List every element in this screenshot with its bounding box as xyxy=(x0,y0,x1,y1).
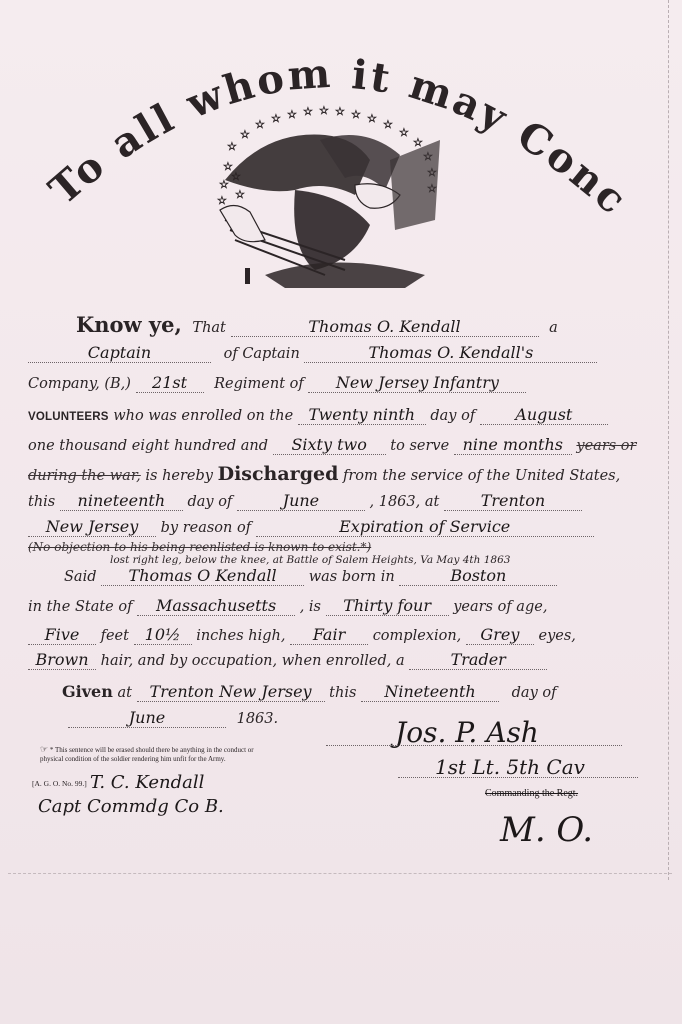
line-given: Given at Trenton New Jersey this Ninetee… xyxy=(28,682,628,706)
line-reason: New Jersey by reason of Expiration of Se… xyxy=(28,517,628,541)
to-serve-label: to serve xyxy=(390,438,449,454)
day-of-label-2: day of xyxy=(187,494,232,510)
soldier-name-field: Thomas O. Kendall xyxy=(231,317,539,337)
by-reason-label: by reason of xyxy=(161,520,251,536)
footnote-text: * This sentence will be erased should th… xyxy=(40,746,254,763)
state-label: in the State of xyxy=(28,599,132,615)
eyes-field: Grey xyxy=(466,625,534,645)
svg-text:☆: ☆ xyxy=(413,136,423,149)
reason-field: Expiration of Service xyxy=(256,517,594,537)
occupation-label: hair, and by occupation, when enrolled, … xyxy=(101,653,405,669)
of-captain-label: of Captain xyxy=(224,346,300,362)
given-label: Given xyxy=(62,682,113,701)
company-close: ,) xyxy=(121,376,131,392)
one-thousand-label: one thousand eight hundred and xyxy=(28,438,268,454)
svg-text:☆: ☆ xyxy=(227,140,237,153)
company-commander-title: Capt Commdg Co B. xyxy=(38,796,224,817)
given-place-field: Trenton New Jersey xyxy=(137,682,325,702)
discharge-day-field: nineteenth xyxy=(60,491,183,511)
svg-text:☆: ☆ xyxy=(319,104,329,117)
company-captain-field: Thomas O. Kendall's xyxy=(304,343,597,363)
birth-state-field: Massachusetts xyxy=(137,596,295,616)
given-at-label: at xyxy=(117,685,131,701)
years-label: years of age, xyxy=(453,599,547,615)
line-year: one thousand eight hundred and Sixty two… xyxy=(28,435,628,459)
svg-text:☆: ☆ xyxy=(367,112,377,125)
line-discharge-date: this nineteenth day of June , 1863, at T… xyxy=(28,491,628,515)
discharge-place-field: Trenton xyxy=(444,491,582,511)
svg-text:☆: ☆ xyxy=(335,105,345,118)
company-label: Company, ( xyxy=(28,376,110,392)
that-label: That xyxy=(192,320,225,336)
struck-war-text: during the war, xyxy=(28,468,141,484)
svg-text:☆: ☆ xyxy=(287,108,297,121)
given-year-text: 1863. xyxy=(237,711,279,727)
line-know-ye: Know ye, That Thomas O. Kendall a xyxy=(28,312,628,336)
height-feet-field: Five xyxy=(28,625,96,645)
eyes-label: eyes, xyxy=(539,628,576,644)
age-field: Thirty four xyxy=(326,596,449,616)
enrolled-month-field: August xyxy=(480,405,608,425)
day-of-label: day of xyxy=(430,408,475,424)
svg-text:☆: ☆ xyxy=(235,188,245,201)
said-label: Said xyxy=(64,569,97,585)
hereby-label: is hereby xyxy=(145,468,213,484)
svg-text:☆: ☆ xyxy=(217,194,227,207)
company-commander-signature: T. C. Kendall xyxy=(90,772,204,793)
line-occupation: Brown hair, and by occupation, when enro… xyxy=(28,650,628,674)
company-letter: B xyxy=(110,376,121,392)
complexion-field: Fair xyxy=(290,625,368,645)
a-label: a xyxy=(549,320,558,336)
complexion-label: complexion, xyxy=(373,628,462,644)
occupation-field: Trader xyxy=(409,650,547,670)
regiment-state-field: New Jersey Infantry xyxy=(308,373,526,393)
line-discharged: during the war, is hereby Discharged fro… xyxy=(28,463,628,487)
footnote: ☞ * This sentence will be erased should … xyxy=(40,745,260,764)
enrolled-year-field: Sixty two xyxy=(273,435,386,455)
this-label: this xyxy=(28,494,55,510)
signature-line xyxy=(326,745,622,746)
regiment-of-label: Regiment of xyxy=(214,376,304,392)
officer-initials: M. O. xyxy=(500,810,593,850)
line-said: Said Thomas O Kendall was born in Boston xyxy=(28,566,628,590)
hair-field: Brown xyxy=(28,650,96,670)
officer-title: 1st Lt. 5th Cav xyxy=(435,755,585,779)
svg-text:☆: ☆ xyxy=(351,108,361,121)
line-birth-state: in the State of Massachusetts , is Thirt… xyxy=(28,596,628,620)
is-label: , is xyxy=(300,599,321,615)
given-this-label: this xyxy=(329,685,356,701)
struck-term-text: years or xyxy=(576,438,636,454)
feet-label: feet xyxy=(101,628,129,644)
line-company: Company, (B,) 21st Regiment of New Jerse… xyxy=(28,373,628,397)
service-label: from the service of the United States, xyxy=(343,468,620,484)
given-day-of-label: day of xyxy=(512,685,557,701)
term-field: nine months xyxy=(454,435,572,455)
title-line xyxy=(398,777,638,778)
discharge-state-field: New Jersey xyxy=(28,517,156,537)
said-name-field: Thomas O Kendall xyxy=(101,566,304,586)
discharged-heading: Discharged xyxy=(218,463,339,485)
birthplace-field: Boston xyxy=(399,566,557,586)
struck-reenlist-sentence: (No objection to his being reenlisted is… xyxy=(28,540,371,554)
pointing-hand-icon: ☞ xyxy=(40,744,48,754)
svg-text:☆: ☆ xyxy=(303,105,313,118)
inches-label: inches high, xyxy=(196,628,285,644)
enrolled-day-field: Twenty ninth xyxy=(298,405,426,425)
injury-annotation: lost right leg, below the knee, at Battl… xyxy=(110,554,510,566)
height-inches-field: 10½ xyxy=(134,625,192,645)
svg-text:☆: ☆ xyxy=(271,112,281,125)
rank-field: Captain xyxy=(28,343,211,363)
know-ye-label: Know ye, xyxy=(76,312,182,337)
struck-commanding-title: Commanding the Regt. xyxy=(485,788,578,799)
given-month-field: June xyxy=(68,708,226,728)
discharge-month-field: June xyxy=(237,491,365,511)
svg-text:☆: ☆ xyxy=(399,126,409,139)
svg-text:☆: ☆ xyxy=(255,118,265,131)
discharge-year-text: , 1863, at xyxy=(370,494,440,510)
form-number: [A. G. O. No. 99.] xyxy=(32,779,87,788)
enrolled-label: who was enrolled on the xyxy=(113,408,293,424)
eagle-with-stars-and-flags-icon: ☆☆☆ ☆☆☆ ☆☆☆ ☆☆☆ ☆☆☆ ☆☆☆ ☆☆☆ xyxy=(205,100,455,290)
paper-bottom-rule xyxy=(8,873,672,874)
line-rank: Captain of Captain Thomas O. Kendall's xyxy=(28,343,628,367)
line-height: Five feet 10½ inches high, Fair complexi… xyxy=(28,625,628,649)
volunteers-label: VOLUNTEERS xyxy=(28,411,109,423)
svg-text:☆: ☆ xyxy=(383,118,393,131)
given-day-field: Nineteenth xyxy=(361,682,499,702)
born-label: was born in xyxy=(309,569,395,585)
line-enrolled: VOLUNTEERS who was enrolled on the Twent… xyxy=(28,405,628,429)
svg-text:☆: ☆ xyxy=(240,128,250,141)
regiment-number-field: 21st xyxy=(136,373,204,393)
